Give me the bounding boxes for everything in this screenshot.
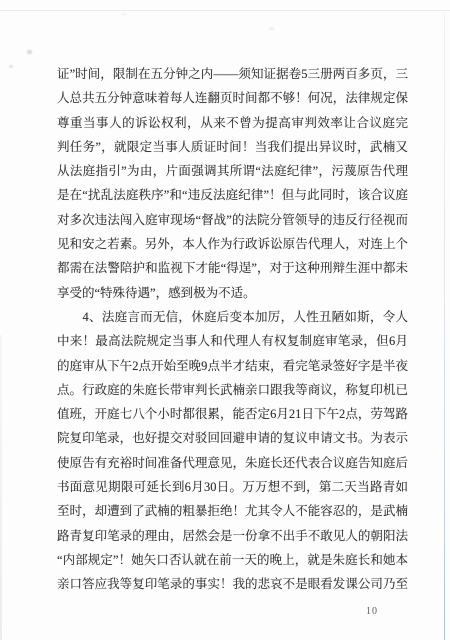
text-line: 判任务”，就限定当事人质证时间！当我们提出异议时，武楠又以“听 xyxy=(57,135,408,159)
scan-speck xyxy=(27,50,32,54)
document-body-text: 证”时间，限制在五分钟之内——须知证据卷5三册两百多页，三个人总共五分钟意味着每… xyxy=(57,62,408,597)
text-line: 见和安之若素。另外，本人作为行政诉讼原告代理人，对连上个厕所 xyxy=(57,232,408,256)
scanned-document-page: 证”时间，限制在五分钟之内——须知证据卷5三册两百多页，三个人总共五分钟意味着每… xyxy=(0,0,450,640)
page-number: 10 xyxy=(362,606,382,617)
scan-edge-right-line xyxy=(444,13,445,640)
text-line: 4、法庭言而无信，休庭后变本加厉，人性丑陋如斯，令人悲从 xyxy=(57,305,408,329)
text-line: 是在“扰乱法庭秩序”和“违反法庭纪律”！但与此同时，该合议庭 xyxy=(57,183,408,207)
scan-speck xyxy=(9,65,13,68)
scan-edge-top-line xyxy=(0,10,450,11)
text-line: 值班，开庭七八个小时都很累，能否定6月21日下午2点，劳驾路青来 xyxy=(57,402,408,426)
text-line: 书面意见期限可延长到6月30日。万万想不到，第二天当路青如约而 xyxy=(57,475,408,499)
scan-speck xyxy=(121,13,127,15)
text-line: 点。行政庭的朱庭长带审判长武楠亲口跟我等商议，称复印机已无人 xyxy=(57,378,408,402)
text-line: 亲口答应我等复印笔录的事实！我的悲哀不是眼看发课公司乃至艾未 xyxy=(57,572,408,596)
text-line: 使原告有充裕时间准备代理意见，朱庭长还代表合议庭告知庭后提交 xyxy=(57,451,408,475)
text-line: 对多次违法闯入庭审现场“督战”的法院分管领导的违反行径视而不 xyxy=(57,208,408,232)
text-line: 证”时间，限制在五分钟之内——须知证据卷5三册两百多页，三个 xyxy=(57,62,408,86)
text-line: 享受的“特殊待遇”，感到极为不适。 xyxy=(57,281,408,305)
text-line: 中来！最高法院规定当事人和代理人有权复制庭审笔录，但6月20日 xyxy=(57,329,408,353)
text-line: 尊重当事人的诉讼权利，从来不曾为提高审判效率让合议庭完成“审 xyxy=(57,111,408,135)
text-line: 院复印笔录，也好提交对驳回回避申请的复议申请文书。为表示诚意， xyxy=(57,426,408,450)
text-line: 至时，却遭到了武楠的粗暴拒绝！尤其令人不能容忍的，是武楠拒绝 xyxy=(57,499,408,523)
text-line: “内部规定”！她矢口否认就在前一天的晚上，就是朱庭长和她本人 xyxy=(57,548,408,572)
text-line: 路青复印笔录的理由，居然会是一份拿不出手不敢见人的朝阳法院 xyxy=(57,524,408,548)
text-line: 的庭审从下午2点开始至晚9点半才结束，看完笔录签好字是半夜11 xyxy=(57,354,408,378)
scan-speck xyxy=(269,27,274,30)
text-line: 从法庭指引”为由，片面强调其所谓“法庭纪律”，污蔑原告代理人 xyxy=(57,159,408,183)
text-line: 人总共五分钟意味着每人连翻页时间都不够！何况，法律规定保护和 xyxy=(57,86,408,110)
scan-edge-left-band xyxy=(0,335,2,640)
text-line: 都需在法警陪护和监视下才能“得逞”，对于这种刑辩生涯中都未曾 xyxy=(57,256,408,280)
